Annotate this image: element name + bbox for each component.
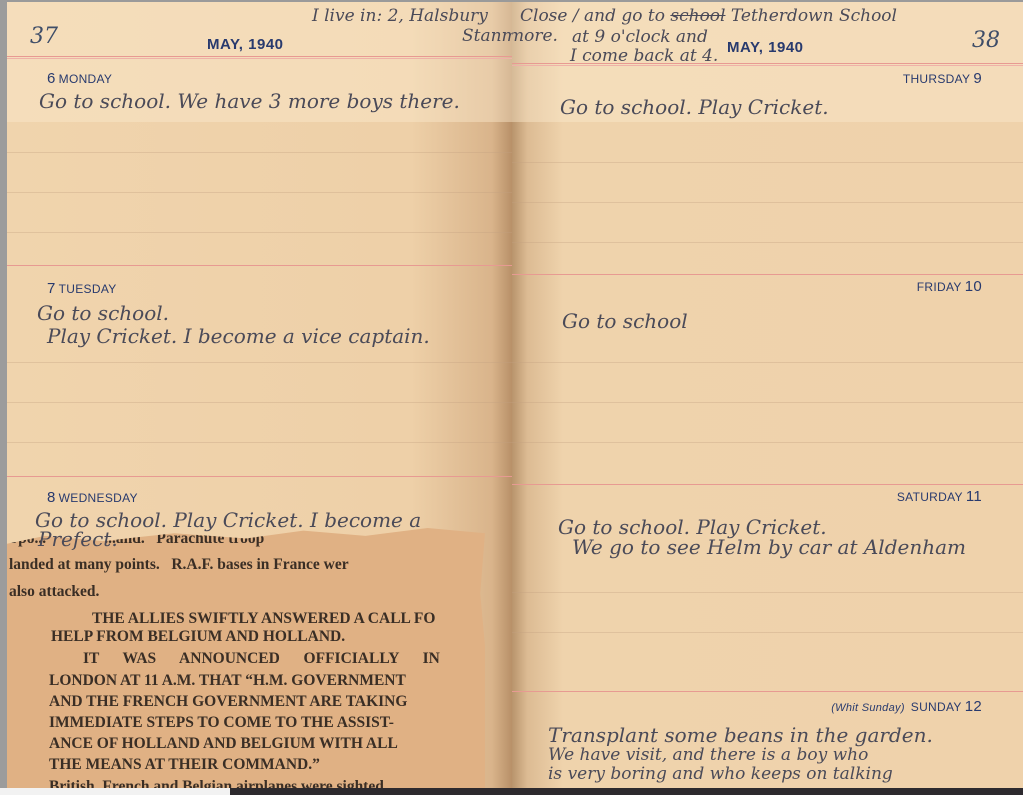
diary-right-page: more. Close / and go to school Tetherdow… xyxy=(512,2,1023,788)
diary-entry-monday: Go to school. We have 3 more boys there. xyxy=(39,90,460,112)
diary-entry-saturday-line2: We go to see Helm by car at Aldenham xyxy=(572,536,966,558)
day-number: 10 xyxy=(965,278,982,295)
ruled-line xyxy=(7,442,512,443)
diary-entry-tuesday-line1: Go to school. xyxy=(37,302,169,324)
page-number: 38 xyxy=(972,28,1000,53)
bottom-bar-light-segment xyxy=(0,788,230,795)
day-number: 12 xyxy=(965,698,982,715)
clipping-line: AND THE FRENCH GOVERNMENT ARE TAKING xyxy=(49,691,407,713)
day-header-thursday: THURSDAY9 xyxy=(903,70,985,87)
ruled-line xyxy=(7,402,512,403)
holiday-label: (Whit Sunday) xyxy=(831,702,905,714)
day-divider xyxy=(7,265,512,266)
day-number: 9 xyxy=(973,70,982,87)
address-note-line1: Close / and go to school Tetherdown Scho… xyxy=(520,8,897,25)
diary-entry-sunday-line1: Transplant some beans in the garden. xyxy=(548,724,933,746)
address-note-line3: I come back at 4. xyxy=(570,48,718,65)
diary-entry-sunday-line3: is very boring and who keeps on talking xyxy=(548,766,893,783)
clipping-line: IT WAS ANNOUNCED OFFICIALLY IN xyxy=(83,648,440,670)
day-divider xyxy=(512,484,1023,485)
diary-entry-wednesday-line2: Prefect. xyxy=(38,528,118,550)
address-note-text: Tetherdown School xyxy=(725,6,897,26)
day-name: SUNDAY xyxy=(911,700,962,714)
day-number: 7 xyxy=(47,280,56,297)
clipping-line: THE MEANS AT THEIR COMMAND.” xyxy=(49,754,320,776)
day-divider xyxy=(512,274,1023,275)
day-name: THURSDAY xyxy=(903,72,971,86)
day-header-wednesday: 8WEDNESDAY xyxy=(44,489,138,506)
day-number: 11 xyxy=(966,488,982,505)
diary-entry-sunday-line2: We have visit, and there is a boy who xyxy=(548,747,868,764)
ruled-line xyxy=(512,402,1023,403)
day-header-sunday: (Whit Sunday)SUNDAY12 xyxy=(831,698,985,715)
address-note: I live in: 2, Halsbury xyxy=(312,8,488,25)
day-number: 8 xyxy=(47,489,56,506)
newspaper-clipping: irpo... ...and. Parachute troop landed a… xyxy=(7,528,485,790)
address-note-text: Close / and go to xyxy=(520,6,670,26)
day-name: TUESDAY xyxy=(59,282,117,296)
diary-entry-thursday: Go to school. Play Cricket. xyxy=(560,96,829,118)
viewer-left-edge xyxy=(0,0,7,795)
day-header-friday: FRIDAY10 xyxy=(917,278,985,295)
ruled-line xyxy=(7,192,512,193)
diary-entry-friday: Go to school xyxy=(562,310,688,332)
day-header-tuesday: 7TUESDAY xyxy=(44,280,117,297)
ruled-line xyxy=(512,362,1023,363)
ruled-line xyxy=(512,242,1023,243)
ruled-line xyxy=(512,202,1023,203)
ruled-line xyxy=(512,632,1023,633)
ruled-line xyxy=(512,162,1023,163)
diary-entry-tuesday-line2: Play Cricket. I become a vice captain. xyxy=(47,325,430,347)
clipping-line: also attacked. xyxy=(9,581,99,603)
header-rule xyxy=(7,56,512,57)
clipping-line: LONDON AT 11 A.M. THAT “H.M. GOVERNMENT xyxy=(49,670,406,692)
day-divider xyxy=(7,476,512,477)
address-note: more. xyxy=(512,28,558,45)
day-name: FRIDAY xyxy=(917,280,962,294)
day-divider xyxy=(512,691,1023,692)
page-number: 37 xyxy=(30,24,58,49)
clipping-line: ANCE OF HOLLAND AND BELGIUM WITH ALL xyxy=(49,733,398,755)
address-note-line2: at 9 o'clock and xyxy=(572,29,708,46)
clipping-line: IMMEDIATE STEPS TO COME TO THE ASSIST- xyxy=(49,712,394,734)
day-header-saturday: SATURDAY11 xyxy=(897,488,985,505)
clipping-line: HELP FROM BELGIUM AND HOLLAND. xyxy=(51,626,345,648)
day-number: 6 xyxy=(47,70,56,87)
address-note: Stanmore. xyxy=(462,28,512,45)
day-name: MONDAY xyxy=(59,72,113,86)
viewer-bottom-bar xyxy=(0,788,1023,795)
day-header-monday: 6MONDAY xyxy=(44,70,112,87)
month-header: MAY, 1940 xyxy=(207,36,284,53)
month-header: MAY, 1940 xyxy=(727,39,804,56)
clipping-line: landed at many points. R.A.F. bases in F… xyxy=(9,554,349,576)
day-name: WEDNESDAY xyxy=(59,491,138,505)
ruled-line xyxy=(7,152,512,153)
day-name: SATURDAY xyxy=(897,490,963,504)
struck-word: school xyxy=(670,6,725,26)
ruled-line xyxy=(512,592,1023,593)
ruled-line xyxy=(7,362,512,363)
ruled-line xyxy=(7,232,512,233)
ruled-line xyxy=(512,442,1023,443)
